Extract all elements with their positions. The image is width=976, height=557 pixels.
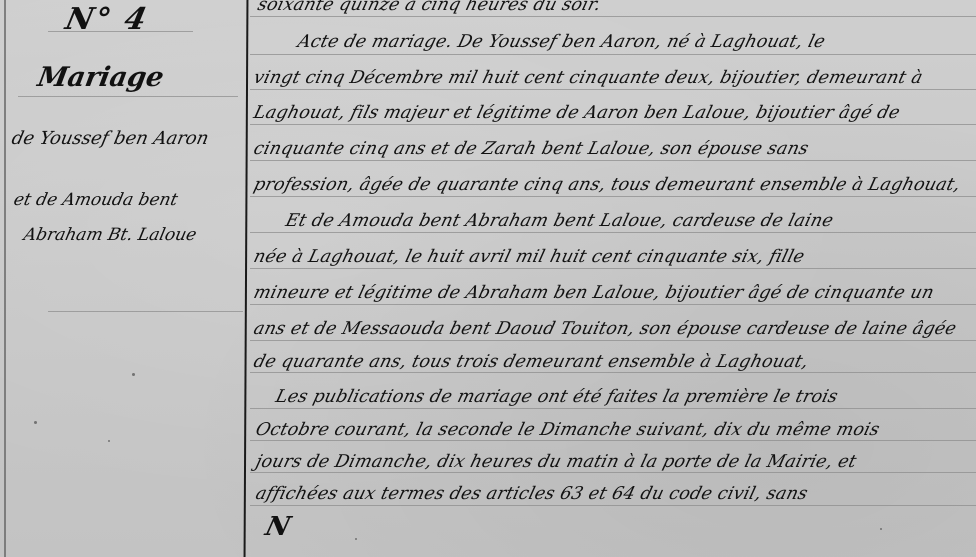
register-page: N° 4 Mariage de Youssef ben Aaron et de …	[0, 0, 976, 557]
act-number: N° 4	[62, 2, 151, 37]
ruled-line	[250, 304, 976, 305]
record-line-act-heading: Acte de mariage. De Youssef ben Aaron, n…	[295, 31, 827, 53]
record-line: ans et de Messaouda bent Daoud Touiton, …	[251, 318, 958, 340]
paper-speck	[34, 421, 37, 424]
record-line-continuation-mark: N	[262, 512, 293, 542]
ruled-line	[250, 196, 976, 197]
margin-rule	[18, 96, 238, 97]
margin-bride-line: et de Amouda bent	[12, 190, 180, 210]
record-body: soixante quinze à cinq heures du soir. A…	[250, 0, 976, 557]
ruled-line	[250, 16, 976, 17]
record-line: soixante quinze à cinq heures du soir.	[255, 0, 603, 16]
record-line: cinquante cinq ans et de Zarah bent Lalo…	[251, 138, 811, 160]
ruled-line	[250, 408, 976, 409]
ruled-line	[250, 124, 976, 125]
paper-speck	[108, 440, 110, 442]
paper-speck	[880, 528, 882, 530]
paper-speck	[132, 373, 135, 376]
record-line: vingt cinq Décembre mil huit cent cinqua…	[251, 67, 925, 89]
ruled-line	[250, 54, 976, 55]
margin-title: Mariage	[35, 62, 166, 93]
margin-groom-line: de Youssef ben Aaron	[10, 128, 211, 149]
record-line: Octobre courant, la seconde le Dimanche …	[253, 419, 882, 441]
record-line-bride-heading: Et de Amouda bent Abraham bent Laloue, c…	[283, 210, 835, 232]
ruled-line	[250, 160, 976, 161]
record-line: née à Laghouat, le huit avril mil huit c…	[251, 246, 807, 268]
record-line: mineure et légitime de Abraham ben Lalou…	[251, 282, 936, 304]
ruled-line	[250, 89, 976, 90]
margin-bride-parent-line: Abraham Bt. Laloue	[22, 225, 199, 245]
record-line: affichées aux termes des articles 63 et …	[253, 483, 810, 505]
margin-rule	[48, 311, 243, 312]
ruled-line	[250, 268, 976, 269]
margin-divider-line	[244, 0, 249, 557]
record-line: Laghouat, fils majeur et légitime de Aar…	[251, 102, 902, 124]
ruled-line	[250, 340, 976, 341]
record-line: de quarante ans, tous trois demeurant en…	[251, 351, 810, 373]
record-line: profession, âgée de quarante cinq ans, t…	[251, 174, 962, 196]
record-line-publications: Les publications de mariage ont été fait…	[273, 386, 840, 408]
page-left-edge-line	[4, 0, 6, 557]
record-line: jours de Dimanche, dix heures du matin à…	[253, 451, 859, 473]
ruled-line	[250, 232, 976, 233]
ruled-line	[250, 505, 976, 506]
margin-column: N° 4 Mariage de Youssef ben Aaron et de …	[8, 0, 243, 557]
paper-speck	[355, 538, 357, 540]
